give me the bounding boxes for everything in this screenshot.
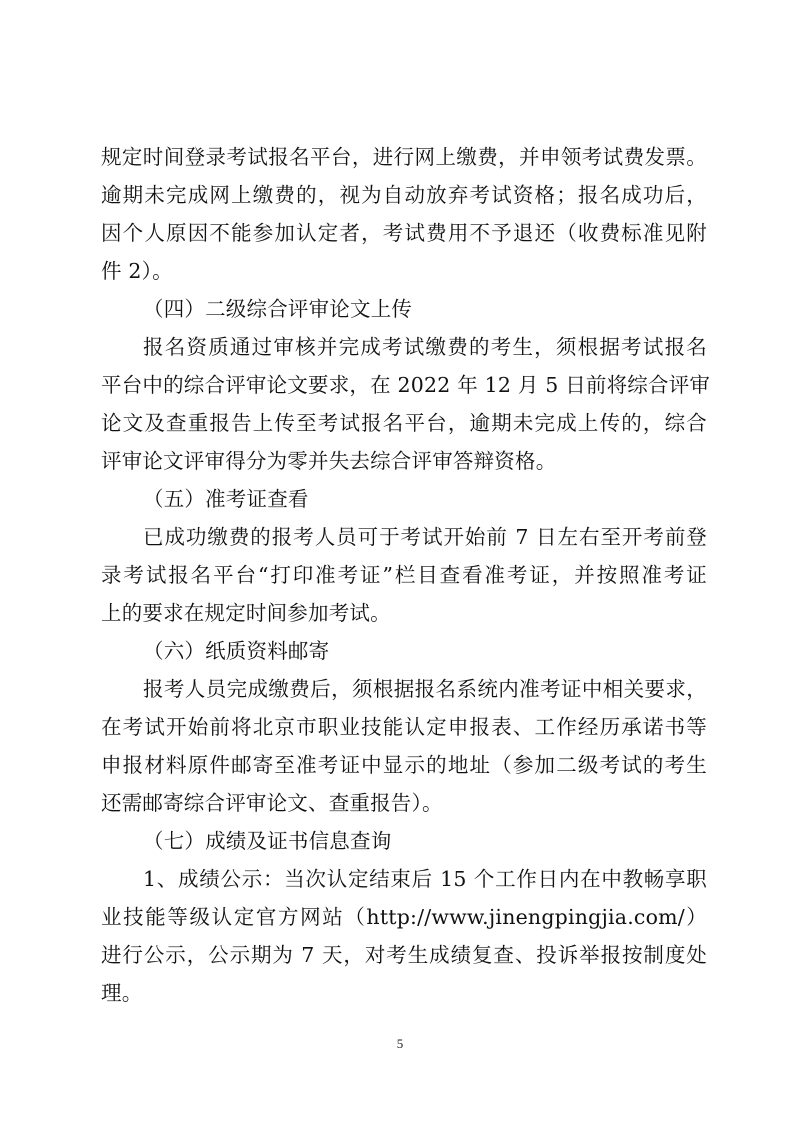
body-line: 申报材料原件邮寄至准考证中显示的地址（参加二级考试的考生: [101, 753, 707, 777]
page-number: 5: [0, 1036, 800, 1052]
document-page: 规定时间登录考试报名平台，进行网上缴费，并申领考试费发票。 逾期未完成网上缴费的…: [0, 0, 800, 1131]
body-line: 在考试开始前将北京市职业技能认定申报表、工作经历承诺书等: [101, 715, 707, 739]
section-heading-7: （七）成绩及证书信息查询: [143, 829, 707, 853]
body-line: 还需邮寄综合评审论文、查重报告）。: [101, 791, 707, 815]
body-line: 规定时间登录考试报名平台，进行网上缴费，并申领考试费发票。: [101, 145, 707, 169]
body-line: 评审论文评审得分为零并失去综合评审答辩资格。: [101, 449, 707, 473]
body-line: 进行公示，公示期为 7 天，对考生成绩复查、投诉举报按制度处: [101, 943, 707, 967]
paragraph-first-line: 报考人员完成缴费后，须根据报名系统内准考证中相关要求，: [143, 677, 707, 701]
section-heading-6: （六）纸质资料邮寄: [143, 639, 707, 663]
body-line: 论文及查重报告上传至考试报名平台，逾期未完成上传的，综合: [101, 411, 707, 435]
body-line: 录考试报名平台“打印准考证”栏目查看准考证，并按照准考证: [101, 563, 707, 587]
body-line: 件 2）。: [101, 259, 707, 283]
section-heading-5: （五）准考证查看: [143, 487, 707, 511]
body-line: 平台中的综合评审论文要求，在 2022 年 12 月 5 日前将综合评审: [101, 373, 707, 397]
body-line: 因个人原因不能参加认定者，考试费用不予退还（收费标准见附: [101, 221, 707, 245]
paragraph-first-line: 1、成绩公示：当次认定结束后 15 个工作日内在中教畅享职: [143, 867, 707, 891]
body-line: 理。: [101, 981, 707, 1005]
body-line: 逾期未完成网上缴费的，视为自动放弃考试资格；报名成功后，: [101, 183, 707, 207]
body-line: 上的要求在规定时间参加考试。: [101, 601, 707, 625]
paragraph-first-line: 已成功缴费的报考人员可于考试开始前 7 日左右至开考前登: [143, 525, 707, 549]
section-heading-4: （四）二级综合评审论文上传: [143, 297, 707, 321]
paragraph-first-line: 报名资质通过审核并完成考试缴费的考生，须根据考试报名: [143, 335, 707, 359]
body-line-with-url: 业技能等级认定官方网站（http://www.jinengpingjia.com…: [101, 905, 707, 929]
